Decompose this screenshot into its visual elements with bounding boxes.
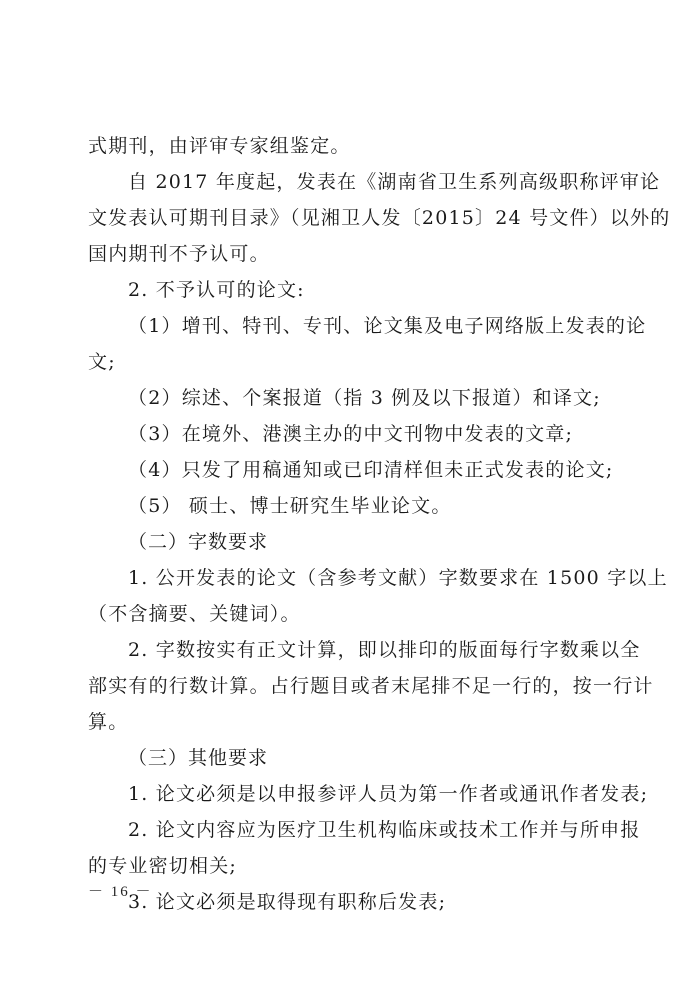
other-requirement-2: 2. 论文内容应为医疗卫生机构临床或技术工作并与所申报 [88,812,608,848]
other-requirement-3: 3. 论文必须是取得现有职称后发表; [88,884,608,920]
word-count-rule-2: 2. 字数按实有正文计算，即以排印的版面每行字数乘以全 [88,632,608,668]
word-count-rule-2-continued: 部实有的行数计算。占行题目或者末尾排不足一行的，按一行计 [88,668,608,704]
list-item-1: （1）增刊、特刊、专刊、论文集及电子网络版上发表的论 [88,308,608,344]
text-line-3: 文发表认可期刊目录》（见湘卫人发〔2015〕24 号文件）以外的 [88,200,608,236]
document-page: 式期刊，由评审专家组鉴定。 自 2017 年度起，发表在《湖南省卫生系列高级职称… [0,0,700,990]
text-line-1: 式期刊，由评审专家组鉴定。 [88,128,608,164]
list-item-4: （4）只发了用稿通知或已印清样但未正式发表的论文; [88,452,608,488]
page-number: － 16 － [88,880,153,901]
list-heading-unaccepted-papers: 2. 不予认可的论文: [88,272,608,308]
word-count-rule-1-continued: （不含摘要、关键词）。 [88,596,608,632]
section-heading-word-count: （二）字数要求 [88,524,608,560]
list-item-2: （2）综述、个案报道（指 3 例及以下报道）和译文; [88,380,608,416]
list-item-5: （5） 硕士、博士研究生毕业论文。 [88,488,608,524]
word-count-rule-1: 1. 公开发表的论文（含参考文献）字数要求在 1500 字以上 [88,560,608,596]
body-text: 式期刊，由评审专家组鉴定。 自 2017 年度起，发表在《湖南省卫生系列高级职称… [88,128,608,920]
other-requirement-2-continued: 的专业密切相关; [88,848,608,884]
list-item-1-continued: 文; [88,344,608,380]
word-count-rule-2-end: 算。 [88,704,608,740]
list-item-3: （3）在境外、港澳主办的中文刊物中发表的文章; [88,416,608,452]
section-heading-other-requirements: （三）其他要求 [88,740,608,776]
other-requirement-1: 1. 论文必须是以申报参评人员为第一作者或通讯作者发表; [88,776,608,812]
text-line-2: 自 2017 年度起，发表在《湖南省卫生系列高级职称评审论 [88,164,608,200]
text-line-4: 国内期刊不予认可。 [88,236,608,272]
